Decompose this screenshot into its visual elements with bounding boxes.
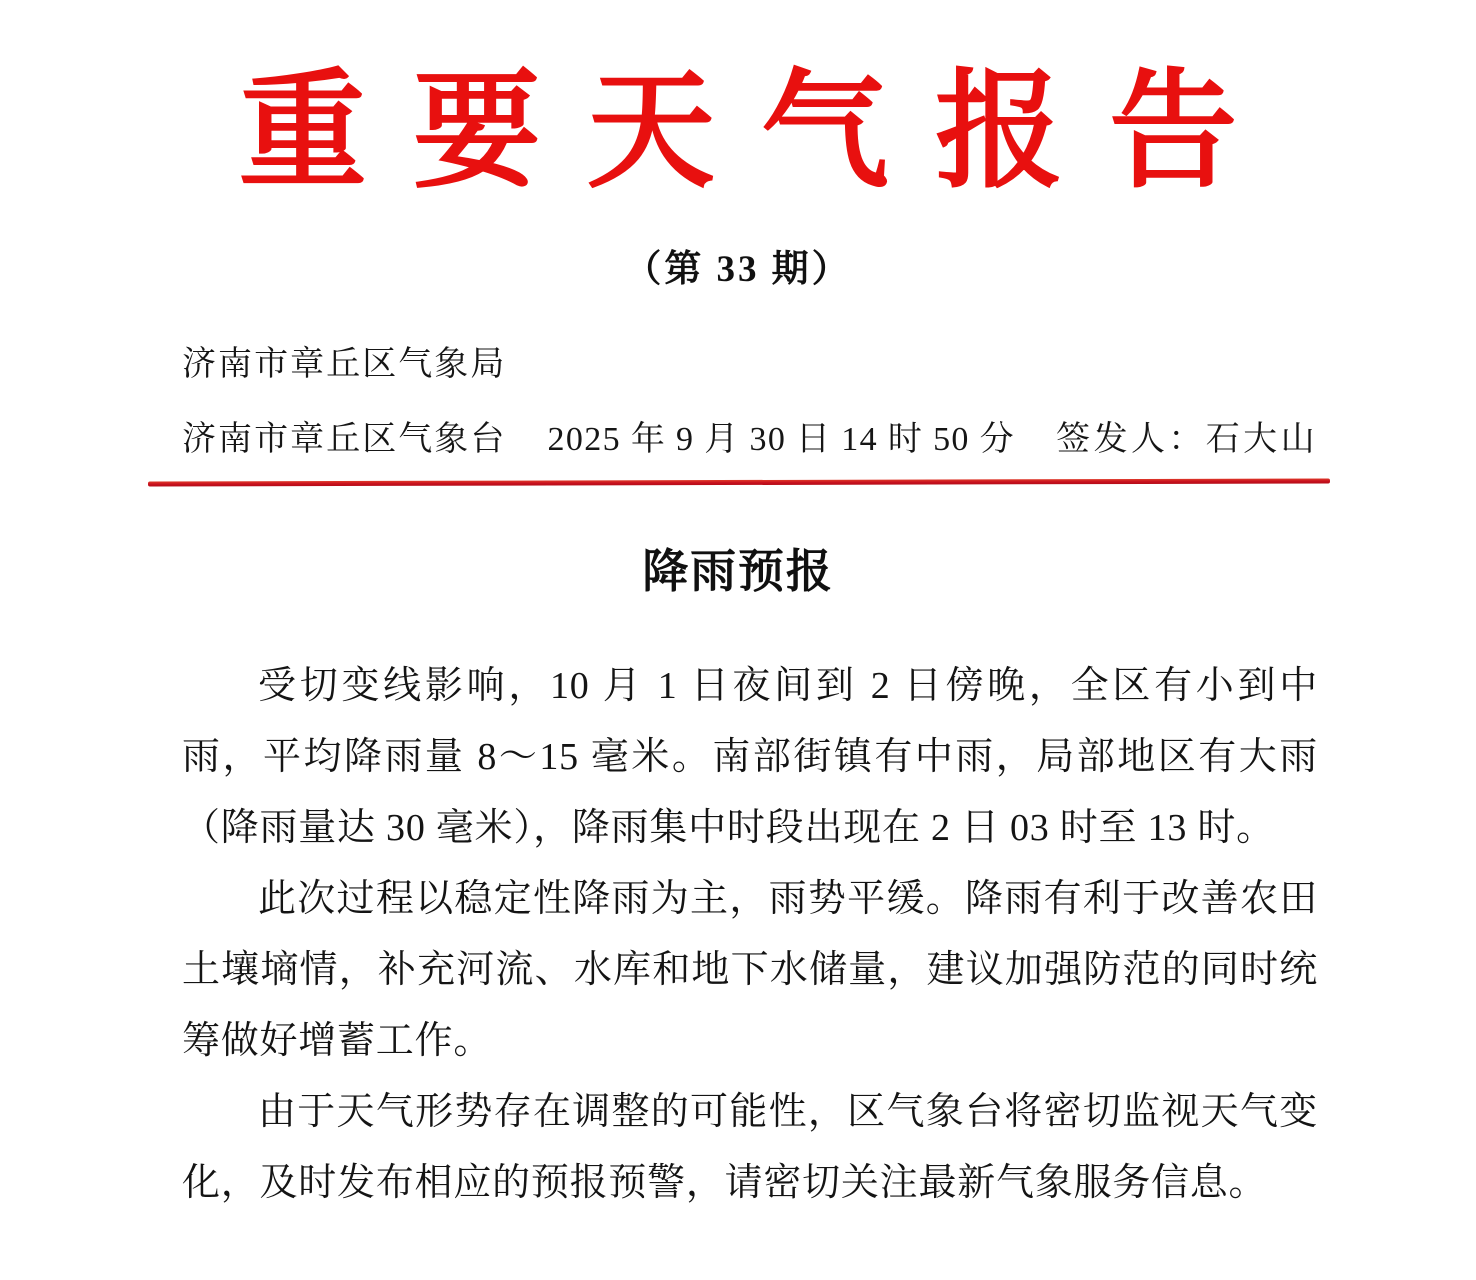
report-heading: 降雨预报 (0, 535, 1476, 601)
issuing-station: 济南市章丘区气象台 (182, 411, 506, 460)
red-divider-rule (148, 478, 1330, 486)
issuing-line: 济南市章丘区气象台 2025 年 9 月 30 日 14 时 50 分 签发人：… (182, 411, 1318, 460)
paragraph-advisory: 由于天气形势存在调整的可能性，区气象台将密切监视天气变化，及时发布相应的预报预警… (182, 1077, 1318, 1219)
issue-number: （第 33 期） (0, 238, 1476, 292)
issuing-bureau: 济南市章丘区气象局 (182, 336, 1318, 385)
document-title: 重要天气报告 (0, 52, 1476, 212)
weather-report-document: 重要天气报告 （第 33 期） 济南市章丘区气象局 济南市章丘区气象台 2025… (0, 0, 1476, 1280)
issue-datetime: 2025 年 9 月 30 日 14 时 50 分 (548, 411, 1016, 460)
paragraph-forecast: 受切变线影响，10 月 1 日夜间到 2 日傍晚，全区有小到中雨，平均降雨量 8… (182, 651, 1318, 864)
signer-name: 签发人：石大山 (1056, 411, 1318, 460)
paragraph-impact: 此次过程以稳定性降雨为主，雨势平缓。降雨有利于改善农田土壤墒情，补充河流、水库和… (182, 864, 1318, 1077)
report-body: 受切变线影响，10 月 1 日夜间到 2 日傍晚，全区有小到中雨，平均降雨量 8… (0, 651, 1476, 1219)
document-header: 济南市章丘区气象局 济南市章丘区气象台 2025 年 9 月 30 日 14 时… (0, 336, 1476, 460)
